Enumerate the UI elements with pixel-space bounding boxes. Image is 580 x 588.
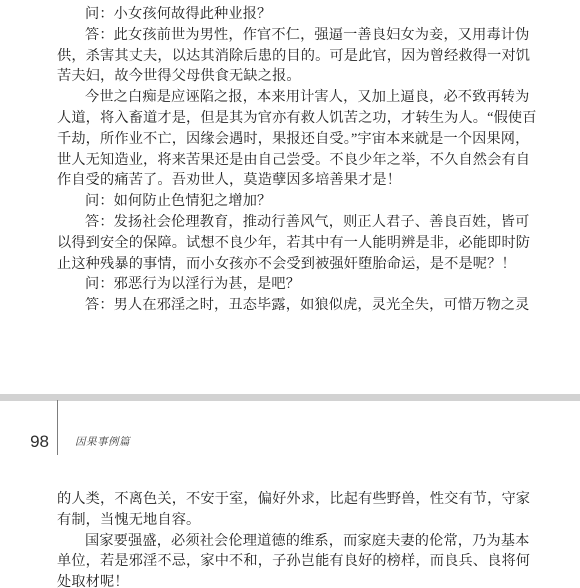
text-line: 的人类，不离色关，不安于室，偏好外求，比起有些野兽，性交有节，守家: [57, 489, 535, 510]
text-line: 问：邪恶行为以淫行为甚，是吧？: [57, 274, 535, 295]
text-line: 问：小女孩何故得此种业报？: [57, 4, 535, 25]
book-page: 问：小女孩何故得此种业报？答：此女孩前世为男性，作官不仁，强逼一善良妇女为妾，又…: [0, 0, 580, 588]
page-bottom-text: 的人类，不离色关，不安于室，偏好外求，比起有些野兽，性交有节，守家有制，当愧无地…: [57, 489, 535, 588]
text-line: 国家要强盛，必须社会伦理道德的维系，而家庭夫妻的伦常，乃为基本: [57, 531, 535, 552]
page-number: 98: [0, 433, 49, 450]
text-line: 今世之白痴是应诬陷之报，本来用计害人，又加上逼良，必不致再转为: [57, 87, 535, 108]
text-line: 千劫，所作业不亡，因缘会遇时，果报还自受。”宇宙本来就是一个因果网，: [57, 129, 535, 150]
page-separator-band: [0, 394, 580, 401]
text-line: 答：此女孩前世为男性，作官不仁，强逼一善良妇女为妾，又用毒计伪: [57, 25, 535, 46]
text-line: 答：发扬社会伦理教育，推动行善风气，则正人君子、善良百姓，皆可: [57, 212, 535, 233]
text-line: 止这种残暴的事情，而小女孩亦不会受到被强奸堕胎命运，是不是呢？！: [57, 254, 535, 275]
text-line: 人道，将入畜道才是，但是其为官亦有救人饥苦之功，才转生为人。“假使百: [57, 108, 535, 129]
text-line: 答：男人在邪淫之时，丑态毕露，如狼似虎，灵光全失，可惜万物之灵: [57, 295, 535, 316]
text-line: 问：如何防止色情犯之增加？: [57, 191, 535, 212]
text-line: 有制，当愧无地自容。: [57, 510, 535, 531]
text-line: 世人无知造业，将来苦果还是由自己尝受。不良少年之举，不久自然会有自: [57, 150, 535, 171]
text-line: 作自受的痛苦了。吾劝世人，莫造孽因多培善果才是！: [57, 170, 535, 191]
chapter-title: 因果事例篇: [75, 437, 130, 449]
text-line: 苦夫妇，故今世得父母供食无缺之报。: [57, 66, 535, 87]
text-line: 处取材呢！: [57, 572, 535, 588]
text-line: 单位，若是邪淫不忌，家中不和，子孙岂能有良好的榜样，而良兵、良将何: [57, 551, 535, 572]
text-line: 供，杀害其丈夫，以达其消除后患的目的。可是此官，因为曾经救得一对饥: [57, 46, 535, 67]
page-top-text: 问：小女孩何故得此种业报？答：此女孩前世为男性，作官不仁，强逼一善良妇女为妾，又…: [57, 4, 535, 316]
header-vertical-rule: [57, 400, 58, 455]
text-line: 以得到安全的保障。试想不良少年，若其中有一人能明辨是非，必能即时防: [57, 233, 535, 254]
